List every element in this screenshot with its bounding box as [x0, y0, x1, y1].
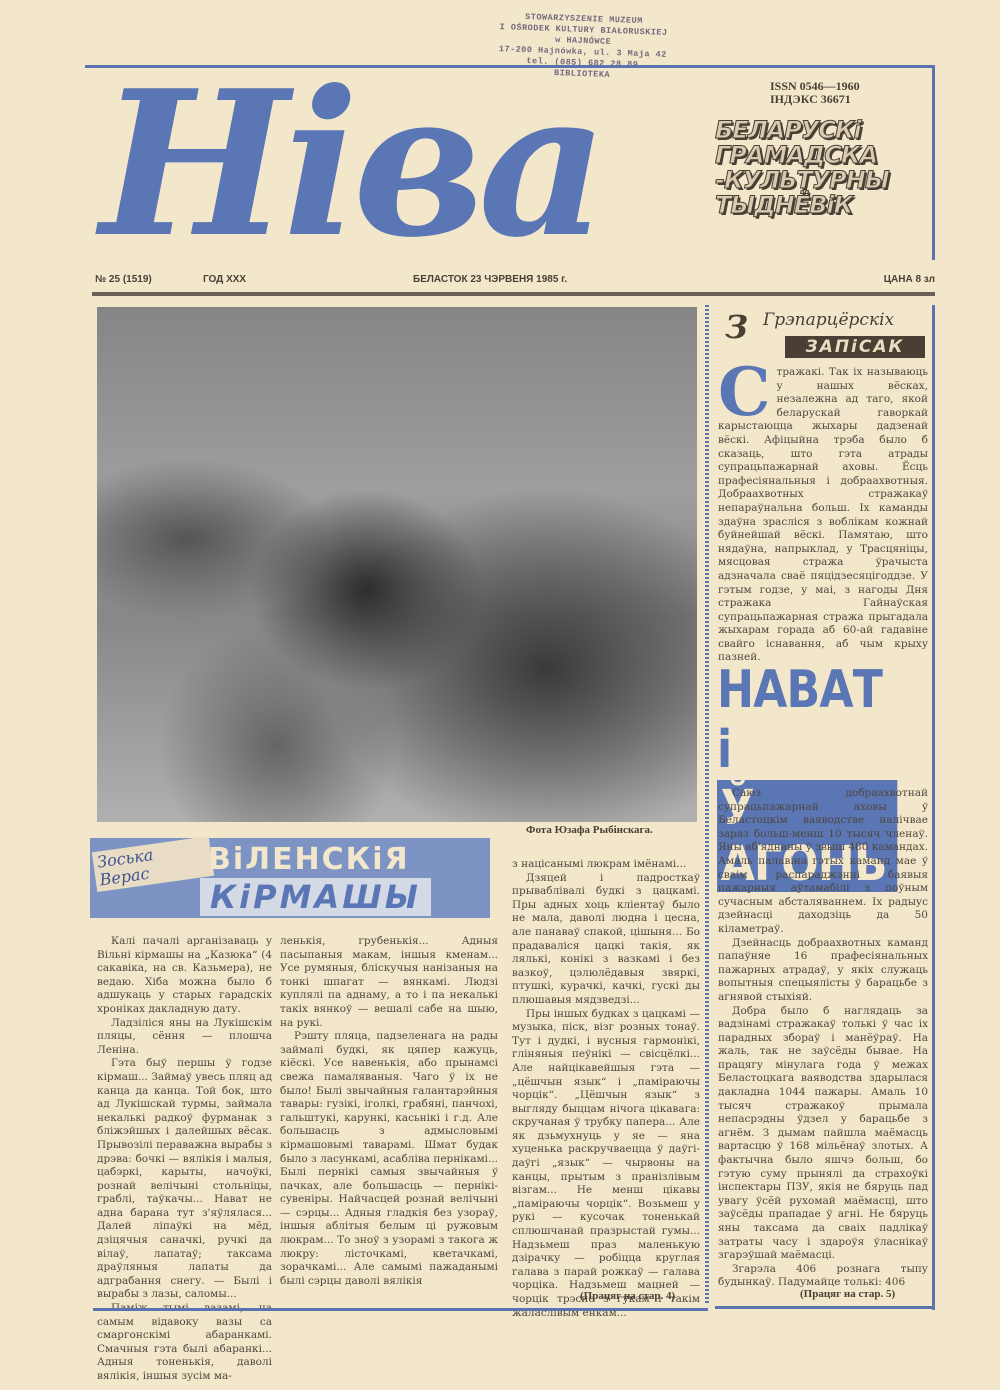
newspaper-page: STOWARZYSZENIE MUZEUM I OŚRODEK KULTURY … [0, 0, 1000, 1390]
paragraph: Дзейнасць добраахвотных каманд папаўняе … [718, 937, 928, 1005]
dateline-rule [92, 292, 935, 296]
price: ЦАНА 8 зл [884, 274, 935, 285]
side-intro: Стражакі. Так іх называюць у нашых вёска… [718, 366, 928, 665]
market-photo [97, 307, 697, 822]
fire-headline: НАВАТ і Ў АГОНЬ [717, 660, 913, 775]
bottom-rule [93, 1308, 708, 1311]
article-column-2: ленькія, грубенькія... Адныя пасыпаныя м… [280, 935, 498, 1288]
fire-article-body: Саюз добраахвотнай супрацьпажарнай аховы… [718, 787, 928, 1290]
paragraph: Дзяцей і падросткаў прываблівалі будкі з… [512, 872, 700, 1008]
paragraph: Добра было б наглядаць за вадзінамі стра… [718, 1005, 928, 1263]
paragraph: Паміж тымі вазамі, на самым відавоку ваз… [97, 1302, 272, 1384]
section-title-2: ЗАПіСАК [785, 336, 925, 358]
section-title-1: Грэпарцёрскіх [763, 310, 894, 330]
paragraph: з націсанымі люкрам імёнамі... [512, 858, 700, 872]
continued-page-4: (Працяг на стар. 4) [580, 1290, 675, 1302]
tagline-line: ТЫДНЁВіК [715, 193, 915, 218]
article-column-1: Калі пачалі арганізаваць у Вільні кірмаш… [97, 935, 272, 1384]
issue-number: № 25 (1519) [95, 274, 152, 285]
article-title-2: КіРМАШЫ [200, 878, 431, 916]
paragraph: Саюз добраахвотнай супрацьпажарнай аховы… [718, 787, 928, 937]
paragraph: Ладзіліся яны на Лукішскім пляцы, сёння … [97, 1017, 272, 1058]
headline-line-1: НАВАТ і [717, 660, 884, 780]
issn-block: ISSN 0546—1960 ІНДЭКС 36671 [770, 80, 860, 106]
section-header-reporter-notes: З Грэпарцёрскіх ЗАПіСАК [725, 308, 930, 358]
section-number: З [725, 308, 748, 346]
masthead-tagline: БЕЛАРУСКі ГРАМАДСКА -КУЛЬТУРНЫ ТЫДНЁВіК [715, 118, 915, 218]
article-headline-block: Зоська Верас ВіЛЕНСКіЯ КіРМАШЫ [90, 838, 490, 918]
article-column-3: з націсанымі люкрам імёнамі... Дзяцей і … [512, 858, 700, 1320]
tagline-line: ГРАМАДСКА [715, 143, 915, 168]
paragraph: Пры іншых будках з цацкамі — музыка, піс… [512, 1008, 700, 1321]
article-author: Зоська Верас [92, 836, 214, 892]
year-volume: ГОД XXX [203, 274, 246, 285]
continued-page-5: (Працяг на стар. 5) [800, 1288, 895, 1300]
dropcap: С [718, 366, 771, 418]
index-number: ІНДЭКС 36671 [770, 93, 860, 106]
masthead-right-rule [932, 65, 935, 260]
paragraph: ленькія, грубенькія... Адныя пасыпаныя м… [280, 935, 498, 1030]
tagline-line: -КУЛЬТУРНЫ [715, 168, 915, 193]
dateline: № 25 (1519) ГОД XXX БЕЛАСТОК 23 ЧЭРВЕНЯ … [95, 270, 935, 290]
tagline-line: БЕЛАРУСКі [715, 118, 915, 143]
column-divider [705, 305, 709, 1305]
place-date: БЕЛАСТОК 23 ЧЭРВЕНЯ 1985 г. [413, 274, 567, 285]
paragraph: Гэта быў першы ў годзе кірмаш... Займаў … [97, 1057, 272, 1302]
side-right-rule [932, 305, 935, 1310]
paragraph: Калі пачалі арганізаваць у Вільні кірмаш… [97, 935, 272, 1017]
side-bottom-rule [715, 1306, 935, 1309]
paragraph: Згарэла 406 рознага тыпу будынкаў. Падум… [718, 1263, 928, 1290]
article-title-1: ВіЛЕНСКіЯ [208, 842, 410, 877]
masthead-title: Ніва [100, 70, 700, 260]
photo-caption: Фота Юзафа Рыбінскага. [526, 824, 653, 836]
paragraph: Рэшту пляца, падзеленага на рады займалі… [280, 1030, 498, 1288]
